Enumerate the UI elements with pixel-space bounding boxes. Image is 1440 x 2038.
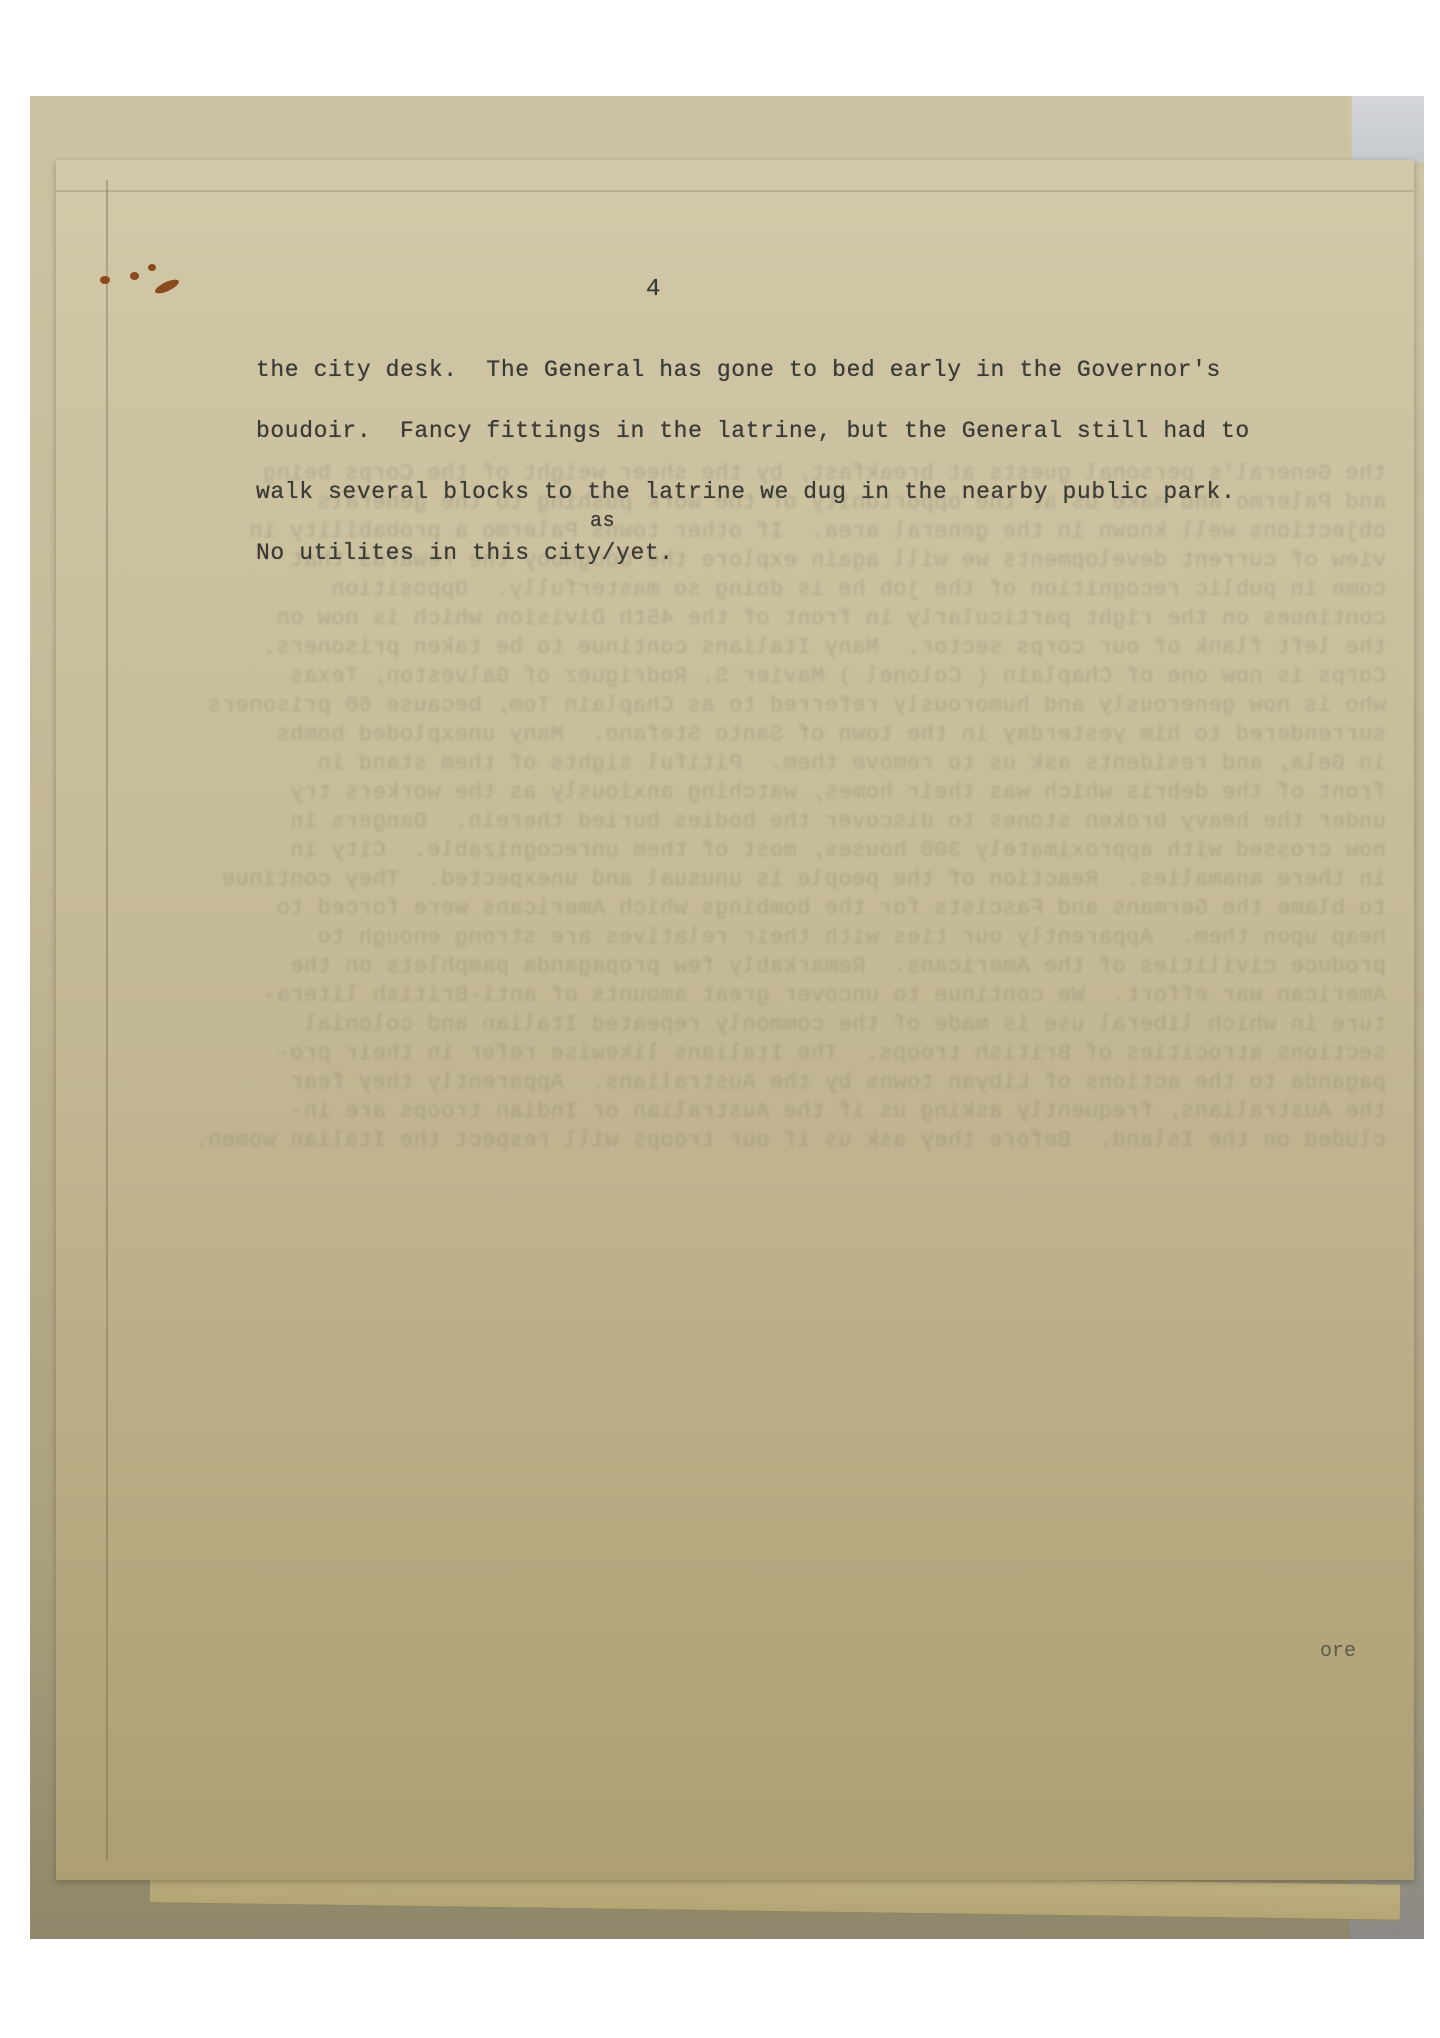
fold-line — [56, 190, 1414, 192]
margin-fragment-text: ore — [1320, 1640, 1356, 1663]
rust-stain — [148, 264, 156, 271]
rust-stain — [100, 276, 110, 284]
sheet-edge-line — [106, 180, 108, 1860]
handwritten-insert: as — [590, 510, 615, 533]
typed-line-4: No utilites in this city/yet. — [256, 540, 674, 566]
rust-stain — [130, 272, 139, 280]
backdrop-corner — [1352, 96, 1424, 162]
page-number: 4 — [646, 276, 661, 303]
typed-line-2: boudoir. Fancy fittings in the latrine, … — [256, 418, 1250, 444]
typed-line-3: walk several blocks to the latrine we du… — [256, 479, 1235, 505]
typed-line-1: the city desk. The General has gone to b… — [256, 357, 1221, 383]
rust-stain — [153, 277, 180, 296]
